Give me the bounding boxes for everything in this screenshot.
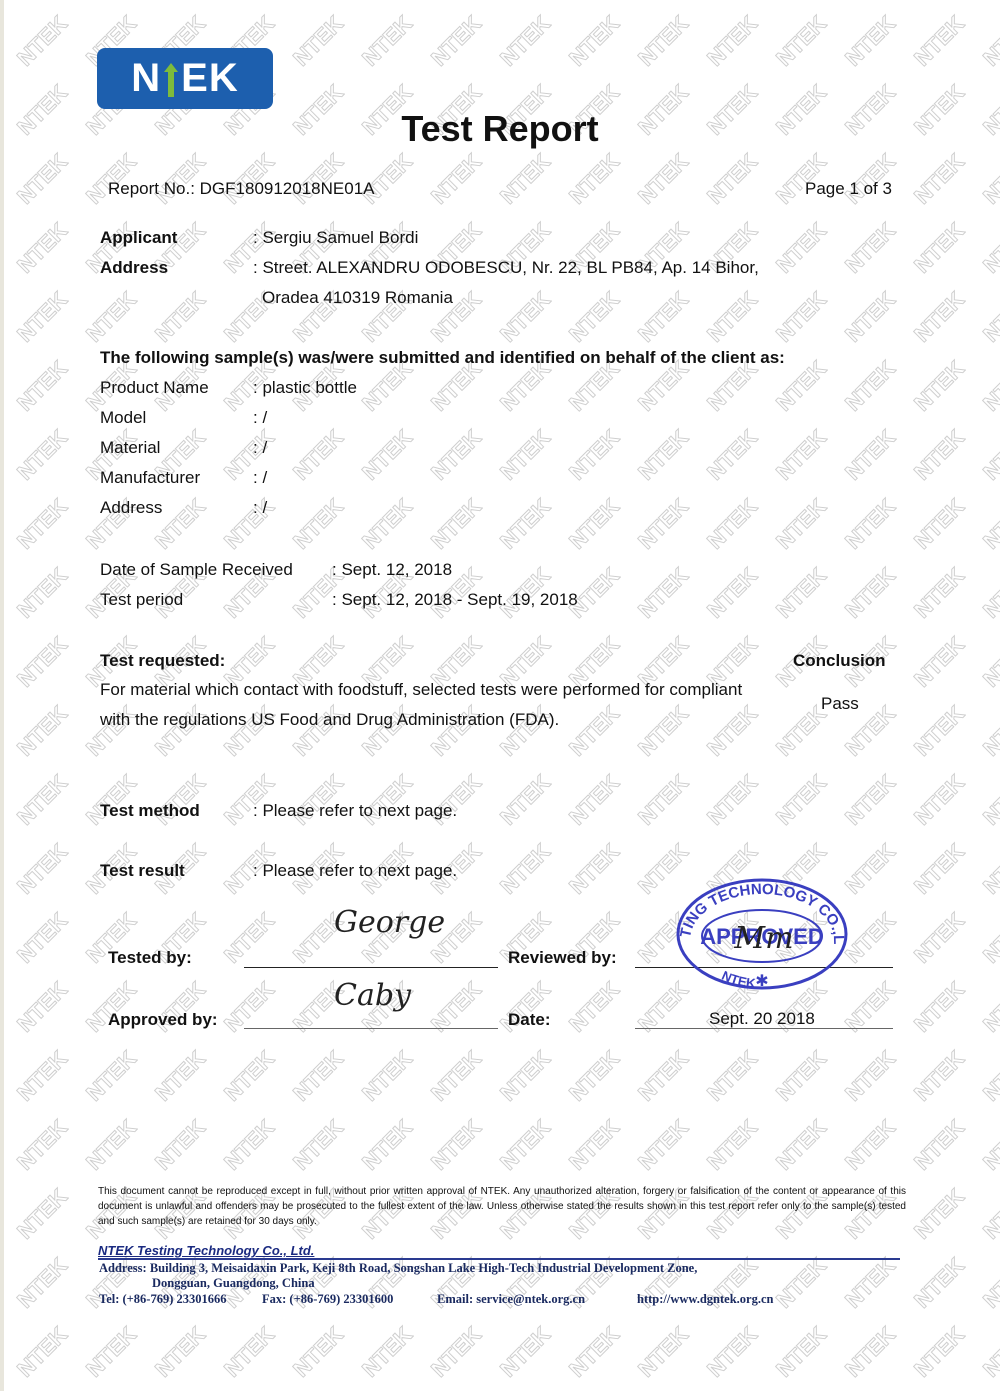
sample-row-value: : / — [253, 498, 267, 518]
address-line-1: : Street. ALEXANDRU ODOBESCU, Nr. 22, BL… — [253, 258, 759, 278]
sample-row-label: Manufacturer — [100, 468, 200, 488]
sample-row-label: Model — [100, 408, 146, 428]
test-requested-line-1: For material which contact with foodstuf… — [100, 680, 742, 700]
sample-row-value: : / — [253, 408, 267, 428]
disclaimer-text: This document cannot be reproduced excep… — [98, 1184, 906, 1229]
approved-by-label: Approved by: — [108, 1010, 218, 1030]
address-line-2: Oradea 410319 Romania — [262, 288, 453, 308]
sample-row-value: : plastic bottle — [253, 378, 357, 398]
approved-by-line — [244, 1028, 498, 1029]
footer-divider — [98, 1258, 900, 1260]
received-value: : Sept. 12, 2018 — [332, 560, 452, 580]
reviewed-by-label: Reviewed by: — [508, 948, 617, 968]
date-value: Sept. 20 2018 — [709, 1009, 815, 1029]
sample-row-value: : / — [253, 438, 267, 458]
footer-fax: Fax: (+86-769) 23301600 — [262, 1292, 393, 1307]
test-period-value: : Sept. 12, 2018 - Sept. 19, 2018 — [332, 590, 578, 610]
date-label: Date: — [508, 1010, 551, 1030]
footer-website[interactable]: http://www.dgntek.org.cn — [637, 1292, 773, 1307]
sample-row-label: Address — [100, 498, 162, 518]
test-result-value: : Please refer to next page. — [253, 861, 457, 881]
conclusion-label: Conclusion — [793, 651, 886, 671]
document-title: Test Report — [0, 108, 1000, 150]
tested-by-line — [244, 967, 498, 968]
applicant-value: : Sergiu Samuel Bordi — [253, 228, 418, 248]
test-method-value: : Please refer to next page. — [253, 801, 457, 821]
test-requested-line-2: with the regulations US Food and Drug Ad… — [100, 710, 559, 730]
approved-stamp: TESTING TECHNOLOGY CO.,LTD. NTEK APPROVE… — [676, 878, 848, 990]
footer-address-line-2: Dongguan, Guangdong, China — [152, 1276, 315, 1291]
conclusion-value: Pass — [821, 694, 859, 714]
report-number: Report No.: DGF180912018NE01A — [108, 179, 375, 199]
footer-tel: Tel: (+86-769) 23301666 — [99, 1292, 226, 1307]
test-requested-label: Test requested: — [100, 651, 225, 671]
applicant-label: Applicant — [100, 228, 177, 248]
tested-by-label: Tested by: — [108, 948, 192, 968]
up-arrow-icon — [164, 62, 178, 96]
svg-text:NTEK: NTEK — [720, 968, 757, 990]
test-result-label: Test result — [100, 861, 185, 881]
svg-text:✱: ✱ — [755, 973, 768, 990]
footer-address-line-1: Address: Building 3, Meisaidaxin Park, K… — [99, 1261, 697, 1276]
logo-text-n: N — [131, 56, 161, 101]
sample-row-value: : / — [253, 468, 267, 488]
tested-by-signature: George — [334, 905, 445, 940]
test-method-label: Test method — [100, 801, 200, 821]
footer-email[interactable]: Email: service@ntek.org.cn — [437, 1292, 585, 1307]
received-label: Date of Sample Received — [100, 560, 293, 580]
date-line — [635, 1028, 893, 1029]
ntek-logo: N EK — [97, 48, 273, 109]
company-name: NTEK Testing Technology Co., Ltd. — [98, 1243, 314, 1258]
sample-row-label: Product Name — [100, 378, 209, 398]
logo-text-ek: EK — [181, 56, 239, 101]
address-label: Address — [100, 258, 168, 278]
svg-text:Mm: Mm — [733, 921, 793, 956]
test-period-label: Test period — [100, 590, 183, 610]
sample-heading: The following sample(s) was/were submitt… — [100, 348, 785, 368]
page-indicator: Page 1 of 3 — [805, 179, 892, 199]
approved-by-signature: Caby — [334, 978, 411, 1013]
sample-row-label: Material — [100, 438, 160, 458]
